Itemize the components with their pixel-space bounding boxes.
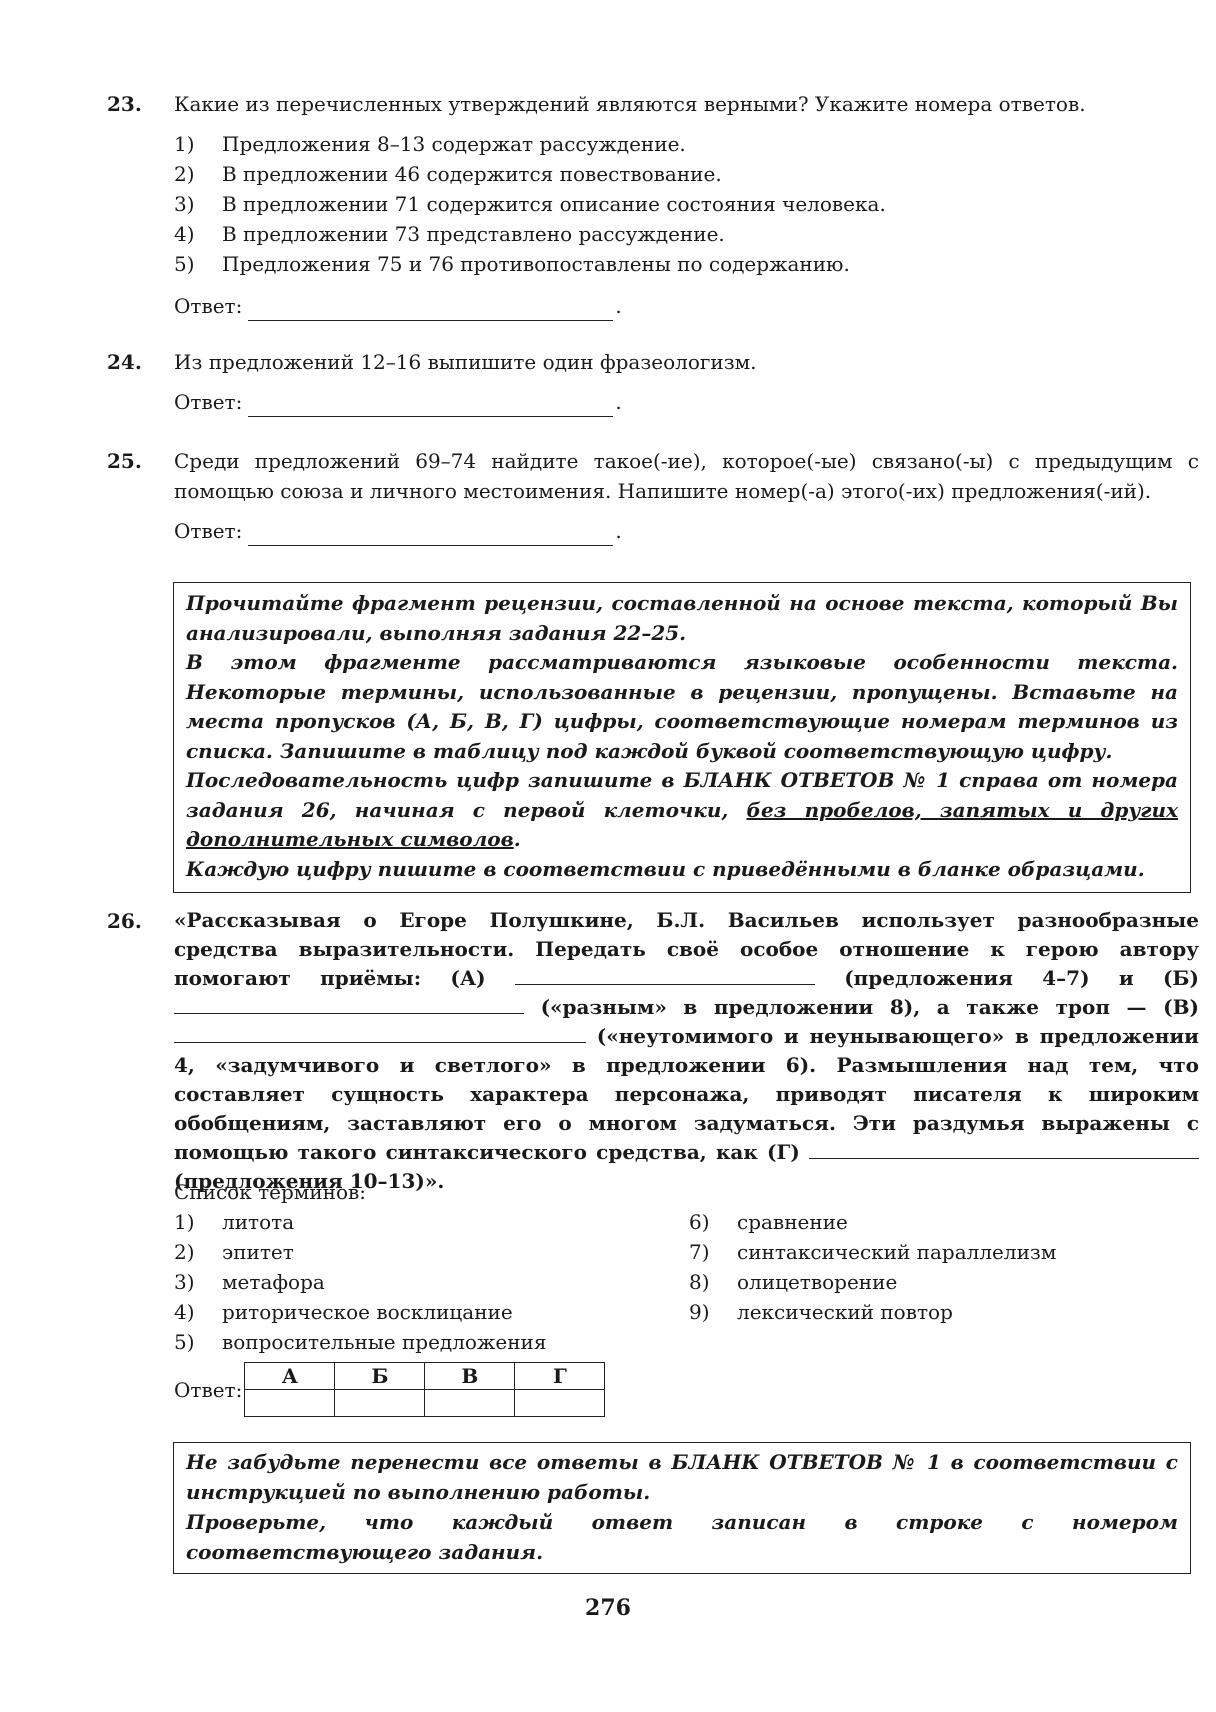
answer-cell-b[interactable] — [335, 1390, 425, 1417]
option-number: 3) — [174, 189, 222, 219]
terms-title: Список терминов: — [174, 1178, 1134, 1207]
answer-table-header-row: А Б В Г — [245, 1363, 605, 1390]
option-text: Предложения 75 и 76 противопоставлены по… — [222, 249, 850, 279]
option-number: 5) — [174, 249, 222, 279]
gap-g-field[interactable] — [809, 1138, 1199, 1159]
task-question: Из предложений 12–16 выпишите один фразе… — [174, 347, 1199, 377]
term-item: 7)синтаксический параллелизм — [689, 1237, 1129, 1267]
answer-table-input-row — [245, 1390, 605, 1417]
term-item: 8)олицетворение — [689, 1267, 1129, 1297]
gap-label-v: (В) — [1163, 995, 1199, 1019]
answer-label: Ответ: — [174, 516, 242, 546]
terms-list: Список терминов: 1)литота 2)эпитет 3)мет… — [174, 1178, 1134, 1357]
term-number: 7) — [689, 1237, 737, 1267]
answer-table: А Б В Г — [244, 1362, 605, 1417]
instruction-paragraph: В этом фрагменте рассматриваются языковы… — [186, 648, 1178, 766]
term-number: 6) — [689, 1207, 737, 1237]
term-item: 5)вопросительные предложения — [174, 1327, 689, 1357]
column-header-a: А — [245, 1363, 335, 1390]
term-text: литота — [222, 1207, 294, 1237]
option-text: В предложении 73 представлено рассуждени… — [222, 219, 725, 249]
gap-label-b: (Б) — [1163, 966, 1199, 990]
period: . — [615, 387, 621, 417]
task-number: 23. — [107, 89, 142, 119]
terms-left-column: 1)литота 2)эпитет 3)метафора 4)риторичес… — [174, 1207, 689, 1357]
column-header-v: В — [425, 1363, 515, 1390]
instruction-paragraph: Каждую цифру пишите в соответствии с при… — [186, 855, 1178, 885]
option-number: 1) — [174, 129, 222, 159]
option-item: 3)В предложении 71 содержится описание с… — [174, 189, 1199, 219]
instructions-box: Прочитайте фрагмент рецензии, составленн… — [173, 582, 1191, 893]
option-item: 1)Предложения 8–13 содержат рассуждение. — [174, 129, 1199, 159]
answer-label: Ответ: — [174, 1378, 242, 1402]
option-text: В предложении 46 содержится повествовани… — [222, 159, 722, 189]
term-text: вопросительные предложения — [222, 1327, 546, 1357]
column-header-b: Б — [335, 1363, 425, 1390]
term-item: 9)лексический повтор — [689, 1297, 1129, 1327]
answer-field[interactable] — [248, 394, 613, 417]
task-number: 26. — [107, 906, 142, 936]
period: . — [615, 516, 621, 546]
answer-line: Ответ: . — [174, 387, 1199, 417]
term-text: сравнение — [737, 1207, 848, 1237]
answer-cell-g[interactable] — [515, 1390, 605, 1417]
answer-line: Ответ: . — [174, 291, 1199, 321]
answer-cell-v[interactable] — [425, 1390, 515, 1417]
option-item: 2)В предложении 46 содержится повествова… — [174, 159, 1199, 189]
term-number: 4) — [174, 1297, 222, 1327]
term-item: 1)литота — [174, 1207, 689, 1237]
answer-label: Ответ: — [174, 387, 242, 417]
terms-right-column: 6)сравнение 7)синтаксический параллелизм… — [689, 1207, 1129, 1357]
task-number: 24. — [107, 347, 142, 377]
term-text: синтаксический параллелизм — [737, 1237, 1056, 1267]
review-text: (предложения 4–7) и — [844, 966, 1133, 990]
term-number: 9) — [689, 1297, 737, 1327]
gap-v-field[interactable] — [174, 1022, 586, 1043]
term-item: 3)метафора — [174, 1267, 689, 1297]
page-number: 276 — [0, 1595, 1216, 1621]
instruction-text: . — [514, 827, 521, 851]
period: . — [615, 291, 621, 321]
term-text: риторическое восклицание — [222, 1297, 513, 1327]
task-25: 25. Среди предложений 69–74 найдите тако… — [107, 446, 1199, 546]
term-text: эпитет — [222, 1237, 294, 1267]
task-question: Какие из перечисленных утверждений являю… — [174, 89, 1199, 119]
options-list: 1)Предложения 8–13 содержат рассуждение.… — [174, 129, 1199, 279]
term-text: олицетворение — [737, 1267, 897, 1297]
gap-label-g: (Г) — [767, 1140, 800, 1164]
gap-a-field[interactable] — [515, 964, 815, 985]
instruction-paragraph: Прочитайте фрагмент рецензии, составленн… — [186, 589, 1178, 648]
instruction-paragraph: Последовательность цифр запишите в БЛАНК… — [186, 766, 1178, 855]
term-number: 5) — [174, 1327, 222, 1357]
answer-field[interactable] — [248, 523, 613, 546]
task-23: 23. Какие из перечисленных утверждений я… — [107, 89, 1199, 321]
term-item: 4)риторическое восклицание — [174, 1297, 689, 1327]
option-item: 4)В предложении 73 представлено рассужде… — [174, 219, 1199, 249]
answer-cell-a[interactable] — [245, 1390, 335, 1417]
reminder-paragraph: Не забудьте перенести все ответы в БЛАНК… — [186, 1447, 1178, 1507]
option-text: Предложения 8–13 содержат рассуждение. — [222, 129, 686, 159]
answer-label: Ответ: — [174, 291, 242, 321]
answer-line: Ответ: . — [174, 516, 1199, 546]
task-number: 25. — [107, 446, 142, 476]
option-number: 4) — [174, 219, 222, 249]
task-26: 26. «Рассказывая о Егоре Полушкине, Б.Л.… — [107, 906, 1199, 1196]
task-question: Среди предложений 69–74 найдите такое(-и… — [174, 446, 1199, 506]
gap-b-field[interactable] — [174, 993, 524, 1014]
term-number: 3) — [174, 1267, 222, 1297]
term-number: 1) — [174, 1207, 222, 1237]
term-text: метафора — [222, 1267, 325, 1297]
reminder-paragraph: Проверьте, что каждый ответ записан в ст… — [186, 1507, 1178, 1567]
review-fragment: «Рассказывая о Егоре Полушкине, Б.Л. Вас… — [174, 906, 1199, 1196]
option-text: В предложении 71 содержится описание сос… — [222, 189, 886, 219]
answer-table-block: Ответ: А Б В Г — [174, 1362, 605, 1417]
task-24: 24. Из предложений 12–16 выпишите один ф… — [107, 347, 1199, 417]
term-item: 6)сравнение — [689, 1207, 1129, 1237]
term-number: 2) — [174, 1237, 222, 1267]
reminder-box: Не забудьте перенести все ответы в БЛАНК… — [173, 1442, 1191, 1574]
term-item: 2)эпитет — [174, 1237, 689, 1267]
option-number: 2) — [174, 159, 222, 189]
column-header-g: Г — [515, 1363, 605, 1390]
answer-field[interactable] — [248, 298, 613, 321]
exam-page: 23. Какие из перечисленных утверждений я… — [0, 0, 1216, 1712]
option-item: 5)Предложения 75 и 76 противопоставлены … — [174, 249, 1199, 279]
gap-label-a: (А) — [450, 966, 485, 990]
term-number: 8) — [689, 1267, 737, 1297]
term-text: лексический повтор — [737, 1297, 953, 1327]
review-text: («разным» в предложении 8), а также троп… — [541, 995, 1147, 1019]
